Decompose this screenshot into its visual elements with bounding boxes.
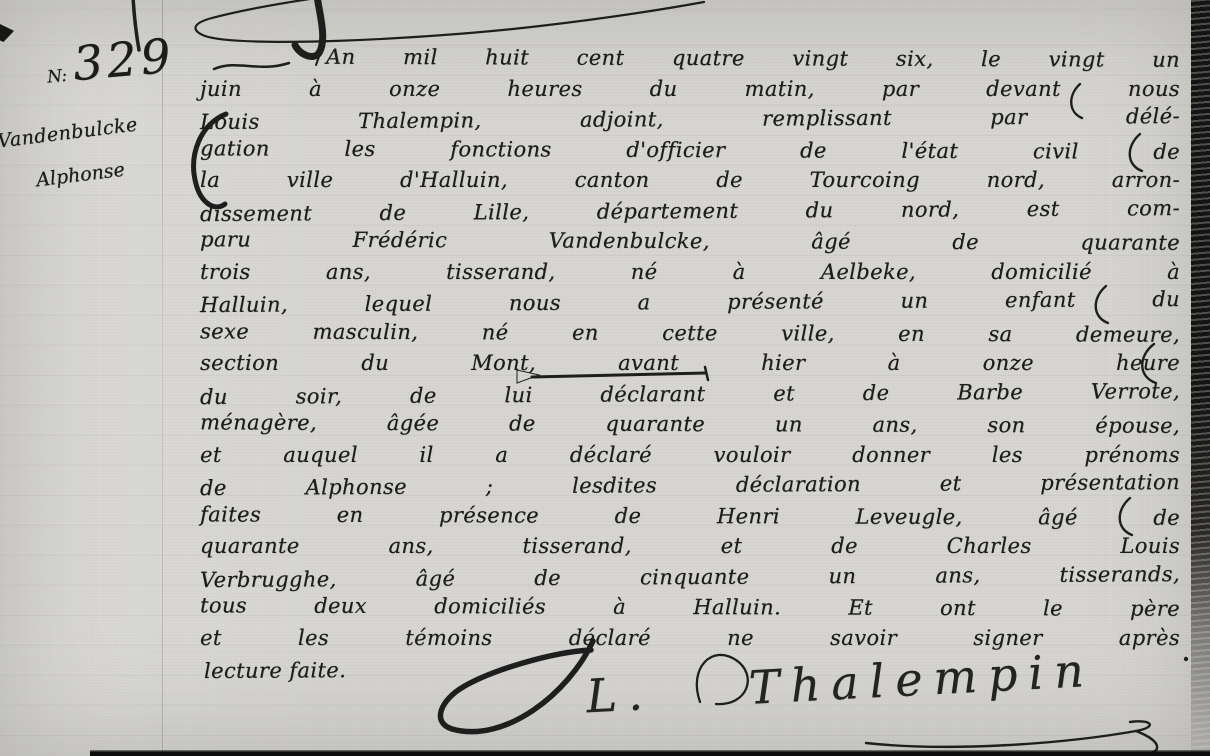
act-line: sexe masculin, né en cette ville, en sa … (200, 319, 1180, 353)
act-line: de Alphonse ; lesdites déclaration et pr… (200, 470, 1180, 506)
act-text: An mil huit cent quatre vingt six, le vi… (200, 46, 1180, 687)
act-line: quarante ans, tisserand, et de Charles L… (200, 534, 1180, 565)
act-line: tous deux domiciliés à Halluin. Et ont l… (200, 593, 1180, 627)
act-line: Halluin, lequel nous a présenté un enfan… (200, 287, 1180, 323)
act-line: Verbrugghe, âgé de cinquante un ans, tis… (200, 562, 1180, 598)
document-scan: N:329 Vandenbulcke Alphonse An mil huit … (0, 0, 1210, 756)
act-line: la ville d'Halluin, canton de Tourcoing … (200, 168, 1180, 199)
act-line: paru Frédéric Vandenbulcke, âgé de quara… (200, 227, 1180, 261)
margin-annotations: N:329 Vandenbulcke Alphonse (0, 0, 195, 756)
act-number-value: 329 (71, 28, 177, 92)
act-line: faites en présence de Henri Leveugle, âg… (200, 502, 1180, 536)
act-line: ménagère, âgée de quarante un ans, son é… (200, 410, 1180, 444)
margin-surname: Vandenbulcke (0, 113, 139, 152)
act-line: et auquel il a déclaré vouloir donner le… (200, 443, 1180, 474)
act-line: section du Mont, avant hier à onze heure (200, 351, 1180, 382)
act-line: Louis Thalempin, adjoint, remplissant pa… (200, 104, 1180, 140)
act-line: An mil huit cent quatre vingt six, le vi… (200, 44, 1180, 78)
act-line: trois ans, tisserand, né à Aelbeke, domi… (200, 260, 1180, 291)
scan-edge-bottom (90, 750, 1210, 756)
act-number-label: N: (46, 66, 68, 88)
scan-edge-right (1191, 0, 1210, 756)
margin-given-name: Alphonse (35, 159, 126, 192)
act-line: du soir, de lui déclarant et de Barbe Ve… (200, 379, 1180, 415)
act-line: juin à onze heures du matin, par devant … (200, 77, 1180, 108)
act-number: N:329 (44, 28, 177, 94)
act-line: gation les fonctions d'officier de l'éta… (200, 136, 1180, 170)
act-line: dissement de Lille, département du nord,… (200, 196, 1180, 232)
